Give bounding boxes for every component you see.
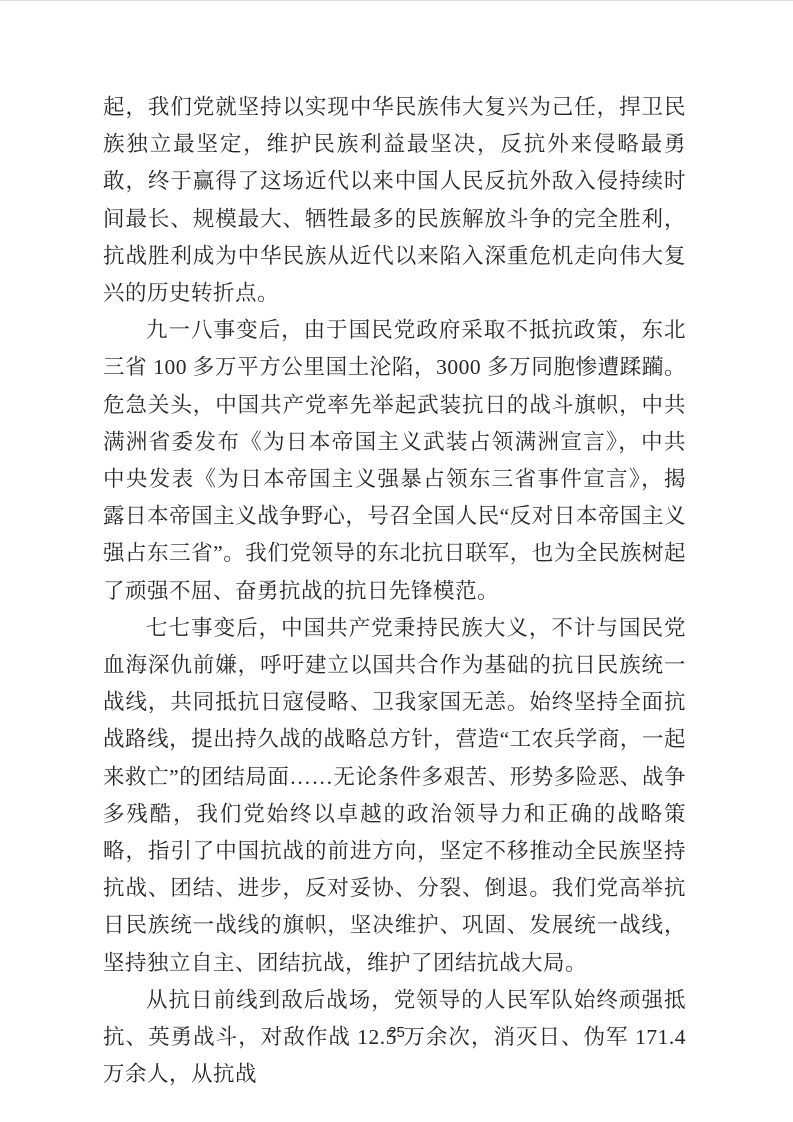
paragraph-continuation: 起，我们党就坚持以实现中华民族伟大复兴为己任，捍卫民族独立最坚定，维护民族利益最… xyxy=(103,89,686,312)
page-number: 25 xyxy=(0,1024,793,1041)
document-page: 起，我们党就坚持以实现中华民族伟大复兴为己任，捍卫民族独立最坚定，维护民族利益最… xyxy=(0,0,793,1122)
paragraph: 七七事变后，中国共产党秉持民族大义，不计与国民党血海深仇前嫌，呼吁建立以国共合作… xyxy=(103,610,686,982)
page-top-edge xyxy=(0,0,793,1)
paragraph: 九一八事变后，由于国民党政府采取不抵抗政策，东北三省 100 多万平方公里国土沦… xyxy=(103,312,686,610)
page-body-text: 起，我们党就坚持以实现中华民族伟大复兴为己任，捍卫民族独立最坚定，维护民族利益最… xyxy=(103,89,686,1093)
